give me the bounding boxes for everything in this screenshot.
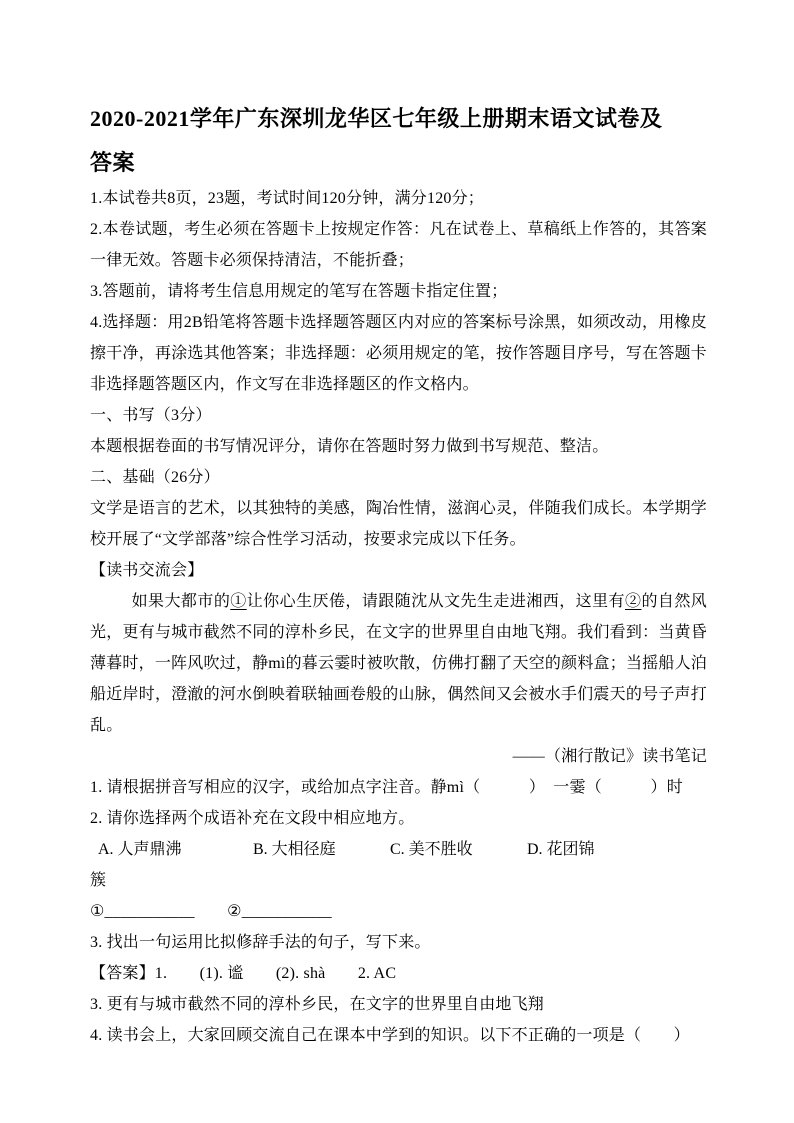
section-1-heading: 一、书写（3分） — [90, 400, 707, 431]
question-2: 2. 请你选择两个成语补充在文段中相应地方。 — [90, 803, 707, 834]
option-d: D. 花团锦 — [527, 834, 595, 865]
passage-blank-2: ② — [625, 593, 641, 610]
question-2-options-row: A. 人声鼎沸 B. 大相径庭 C. 美不胜收 D. 花团锦 — [90, 834, 707, 865]
passage-segment-2: 让你心生厌倦，请跟随沈从文先生走进湘西，这里有 — [247, 593, 625, 610]
document-content: 2020-2021学年广东深圳龙华区七年级上册期末语文试卷及答案 1.本试卷共8… — [0, 0, 794, 1051]
exam-notice-4: 4.选择题：用2B铅笔将答题卡选择题答题区内对应的答案标号涂黑，如须改动，用橡皮… — [90, 307, 707, 400]
passage-segment-3: 的自然风光，更有与城市截然不同的淳朴乡民，在文字的世界里自由地飞翔。我们看到：当… — [90, 593, 707, 734]
exam-notice-1: 1.本试卷共8页，23题，考试时间120分钟，满分120分； — [90, 183, 707, 214]
passage-attribution: ——（湘行散记》读书笔记 — [90, 741, 707, 772]
option-d-wrap: 簇 — [90, 865, 707, 896]
question-1: 1. 请根据拼音写相应的汉字，或给加点字注音。静mì（ ） 一霎（ ）时 — [90, 772, 707, 803]
reading-passage: 如果大都市的①让你心生厌倦，请跟随沈从文先生走进湘西，这里有②的自然风光，更有与… — [90, 586, 707, 741]
exam-notice-2: 2.本卷试题，考生必须在答题卡上按规定作答：凡在试卷上、草稿纸上作答的，其答案一… — [90, 214, 707, 276]
option-c: C. 美不胜收 — [390, 834, 473, 865]
passage-segment-1: 如果大都市的 — [132, 593, 231, 610]
question-4: 4. 读书会上，大家回顾交流自己在课本中学到的知识。以下不正确的一项是（ ） — [90, 1020, 707, 1051]
exam-notice-3: 3.答题前，请将考生信息用规定的笔写在答题卡指定住置； — [90, 276, 707, 307]
answer-line-2: 3. 更有与城市截然不同的淳朴乡民，在文字的世界里自由地飞翔 — [90, 989, 707, 1020]
title-line-1: 2020-2021学年广东深圳龙华区七年级上册期末语文试卷及 — [90, 106, 662, 131]
document-title: 2020-2021学年广东深圳龙华区七年级上册期末语文试卷及答案 — [90, 97, 707, 185]
question-3: 3. 找出一句运用比拟修辞手法的句子，写下来。 — [90, 927, 707, 958]
title-line-2: 答案 — [90, 150, 135, 175]
option-a: A. 人声鼎沸 — [98, 834, 182, 865]
section-2-intro: 文学是语言的艺术，以其独特的美感，陶冶性情，滋润心灵，伴随我们成长。本学期学校开… — [90, 493, 707, 555]
section-2-heading: 二、基础（26分） — [90, 462, 707, 493]
answer-line-1: 【答案】1. (1). 谧 (2). shà 2. AC — [90, 958, 707, 989]
activity-label: 【读书交流会】 — [90, 555, 707, 586]
section-1-body: 本题根据卷面的书写情况评分，请你在答题时努力做到书写规范、整洁。 — [90, 431, 707, 462]
exam-document-page: 2020-2021学年广东深圳龙华区七年级上册期末语文试卷及答案 1.本试卷共8… — [0, 0, 794, 1123]
passage-blank-1: ① — [230, 593, 246, 610]
question-2-answer-blanks: ①___________ ②___________ — [90, 896, 707, 927]
option-b: B. 大相径庭 — [253, 834, 336, 865]
